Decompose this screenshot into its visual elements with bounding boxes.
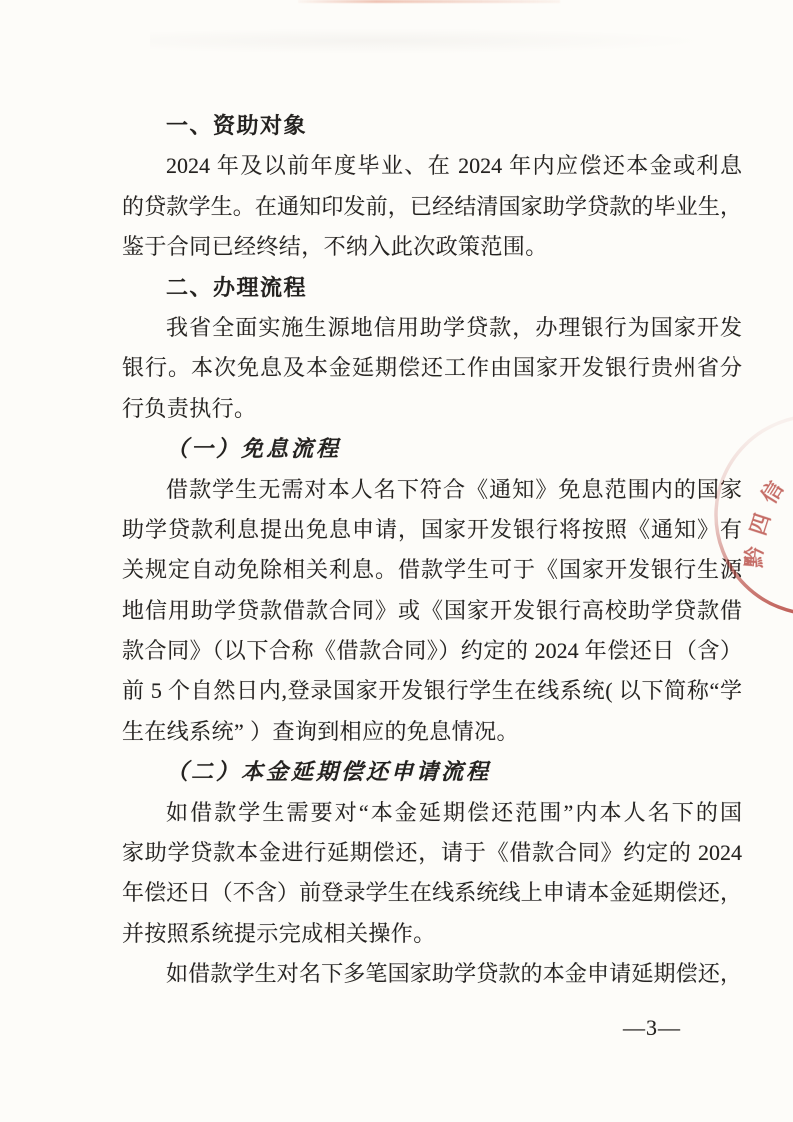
document-body: 一、资助对象2024 年及以前年度毕业、在 2024 年内应偿还本金或利息的贷款… [122, 106, 742, 995]
scanned-document-page: { "page": { "background": "#fdfcf9", "in… [0, 0, 793, 1122]
text-line: 地信用助学贷款借款合同》或《国家开发银行高校助学贷款借 [122, 591, 742, 631]
text-line: 助学贷款利息提出免息申请，国家开发银行将按照《通知》有 [122, 510, 742, 550]
text-line: 我省全面实施生源地信用助学贷款，办理银行为国家开发 [122, 308, 742, 348]
section-heading: 一、资助对象 [122, 106, 742, 146]
text-line: 生在线系统” ）查询到相应的免息情况。 [122, 712, 742, 752]
text-line: 鉴于合同已经终结，不纳入此次政策范围。 [122, 227, 742, 267]
text-line: 家助学贷款本金进行延期偿还，请于《借款合同》约定的 2024 [122, 833, 742, 873]
scan-smudge [150, 28, 710, 54]
text-line: 关规定自动免除相关利息。借款学生可于《国家开发银行生源 [122, 550, 742, 590]
text-line: 的贷款学生。在通知印发前，已经结清国家助学贷款的毕业生， [122, 187, 742, 227]
text-line: 行负责执行。 [122, 389, 742, 429]
subsection-heading: （二）本金延期偿还申请流程 [122, 752, 742, 792]
text-line: 如借款学生对名下多笔国家助学贷款的本金申请延期偿还， [122, 954, 742, 994]
section-heading: 二、办理流程 [122, 268, 742, 308]
text-line: 年偿还日（不含）前登录学生在线系统线上申请本金延期偿还， [122, 873, 742, 913]
text-line: 如借款学生需要对“本金延期偿还范围”内本人名下的国 [122, 793, 742, 833]
scan-artifact [298, 0, 560, 3]
seal-character: 四 [742, 509, 777, 538]
text-line: 借款学生无需对本人名下符合《通知》免息范围内的国家 [122, 470, 742, 510]
text-line: 银行。本次免息及本金延期偿还工作由国家开发银行贵州省分 [122, 348, 742, 388]
text-line: 并按照系统提示完成相关操作。 [122, 914, 742, 954]
seal-character: 黔 [738, 545, 769, 568]
subsection-heading: （一）免息流程 [122, 429, 742, 469]
page-number: —3— [623, 1008, 681, 1048]
seal-character: 信 [753, 475, 790, 509]
text-line: 前 5 个自然日内,登录国家开发银行学生在线系统( 以下简称“学 [122, 671, 742, 711]
text-line: 2024 年及以前年度毕业、在 2024 年内应偿还本金或利息 [122, 146, 742, 186]
text-line: 款合同》（以下合称《借款合同》）约定的 2024 年偿还日（含） [122, 631, 742, 671]
